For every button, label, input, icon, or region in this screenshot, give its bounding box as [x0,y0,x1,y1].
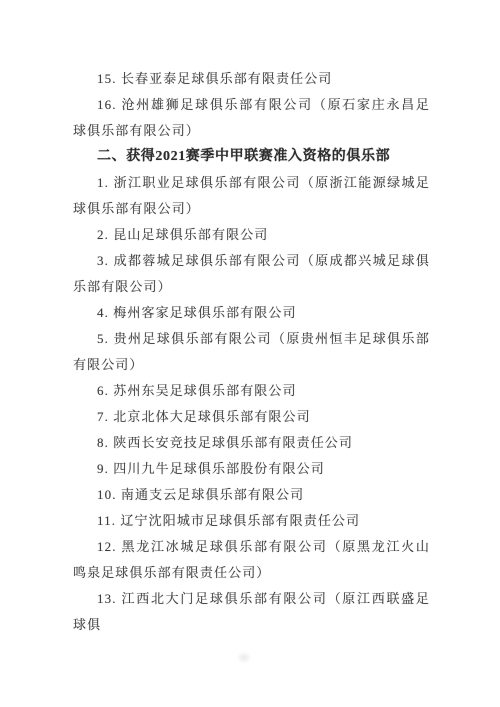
list-item-12: 12. 黑龙江冰城足球俱乐部有限公司（原黑龙江火山鸣泉足球俱乐部有限责任公司） [73,534,430,586]
document-text-block: 15. 长春亚泰足球俱乐部有限责任公司 16. 沧州雄狮足球俱乐部有限公司（原石… [73,66,430,638]
list-item-10: 10. 南通支云足球俱乐部有限公司 [73,482,430,508]
list-item-11: 11. 辽宁沈阳城市足球俱乐部有限责任公司 [73,508,430,534]
list-item-7: 7. 北京北体大足球俱乐部有限公司 [73,404,430,430]
list-item-1: 1. 浙江职业足球俱乐部有限公司（原浙江能源绿城足球俱乐部有限公司） [73,170,430,222]
list-item-8: 8. 陕西长安竞技足球俱乐部有限责任公司 [73,430,430,456]
scanned-document-page: 15. 长春亚泰足球俱乐部有限责任公司 16. 沧州雄狮足球俱乐部有限公司（原石… [0,0,500,707]
list-item-6: 6. 苏州东吴足球俱乐部有限公司 [73,378,430,404]
list-item-13: 13. 江西北大门足球俱乐部有限公司（原江西联盛足球俱 [73,586,430,638]
list-item-5: 5. 贵州足球俱乐部有限公司（原贵州恒丰足球俱乐部有限公司） [73,326,430,378]
list-item-2: 2. 昆山足球俱乐部有限公司 [73,222,430,248]
section-heading: 二、获得2021赛季中甲联赛准入资格的俱乐部 [73,144,430,170]
list-item-4: 4. 梅州客家足球俱乐部有限公司 [73,300,430,326]
list-item-9: 9. 四川九牛足球俱乐部股份有限公司 [73,456,430,482]
list-item-3: 3. 成都蓉城足球俱乐部有限公司（原成都兴城足球俱乐部有限公司） [73,248,430,300]
scan-artifact-smudge [239,654,249,661]
list-item-15: 15. 长春亚泰足球俱乐部有限责任公司 [73,66,430,92]
list-item-16: 16. 沧州雄狮足球俱乐部有限公司（原石家庄永昌足球俱乐部有限公司） [73,92,430,144]
